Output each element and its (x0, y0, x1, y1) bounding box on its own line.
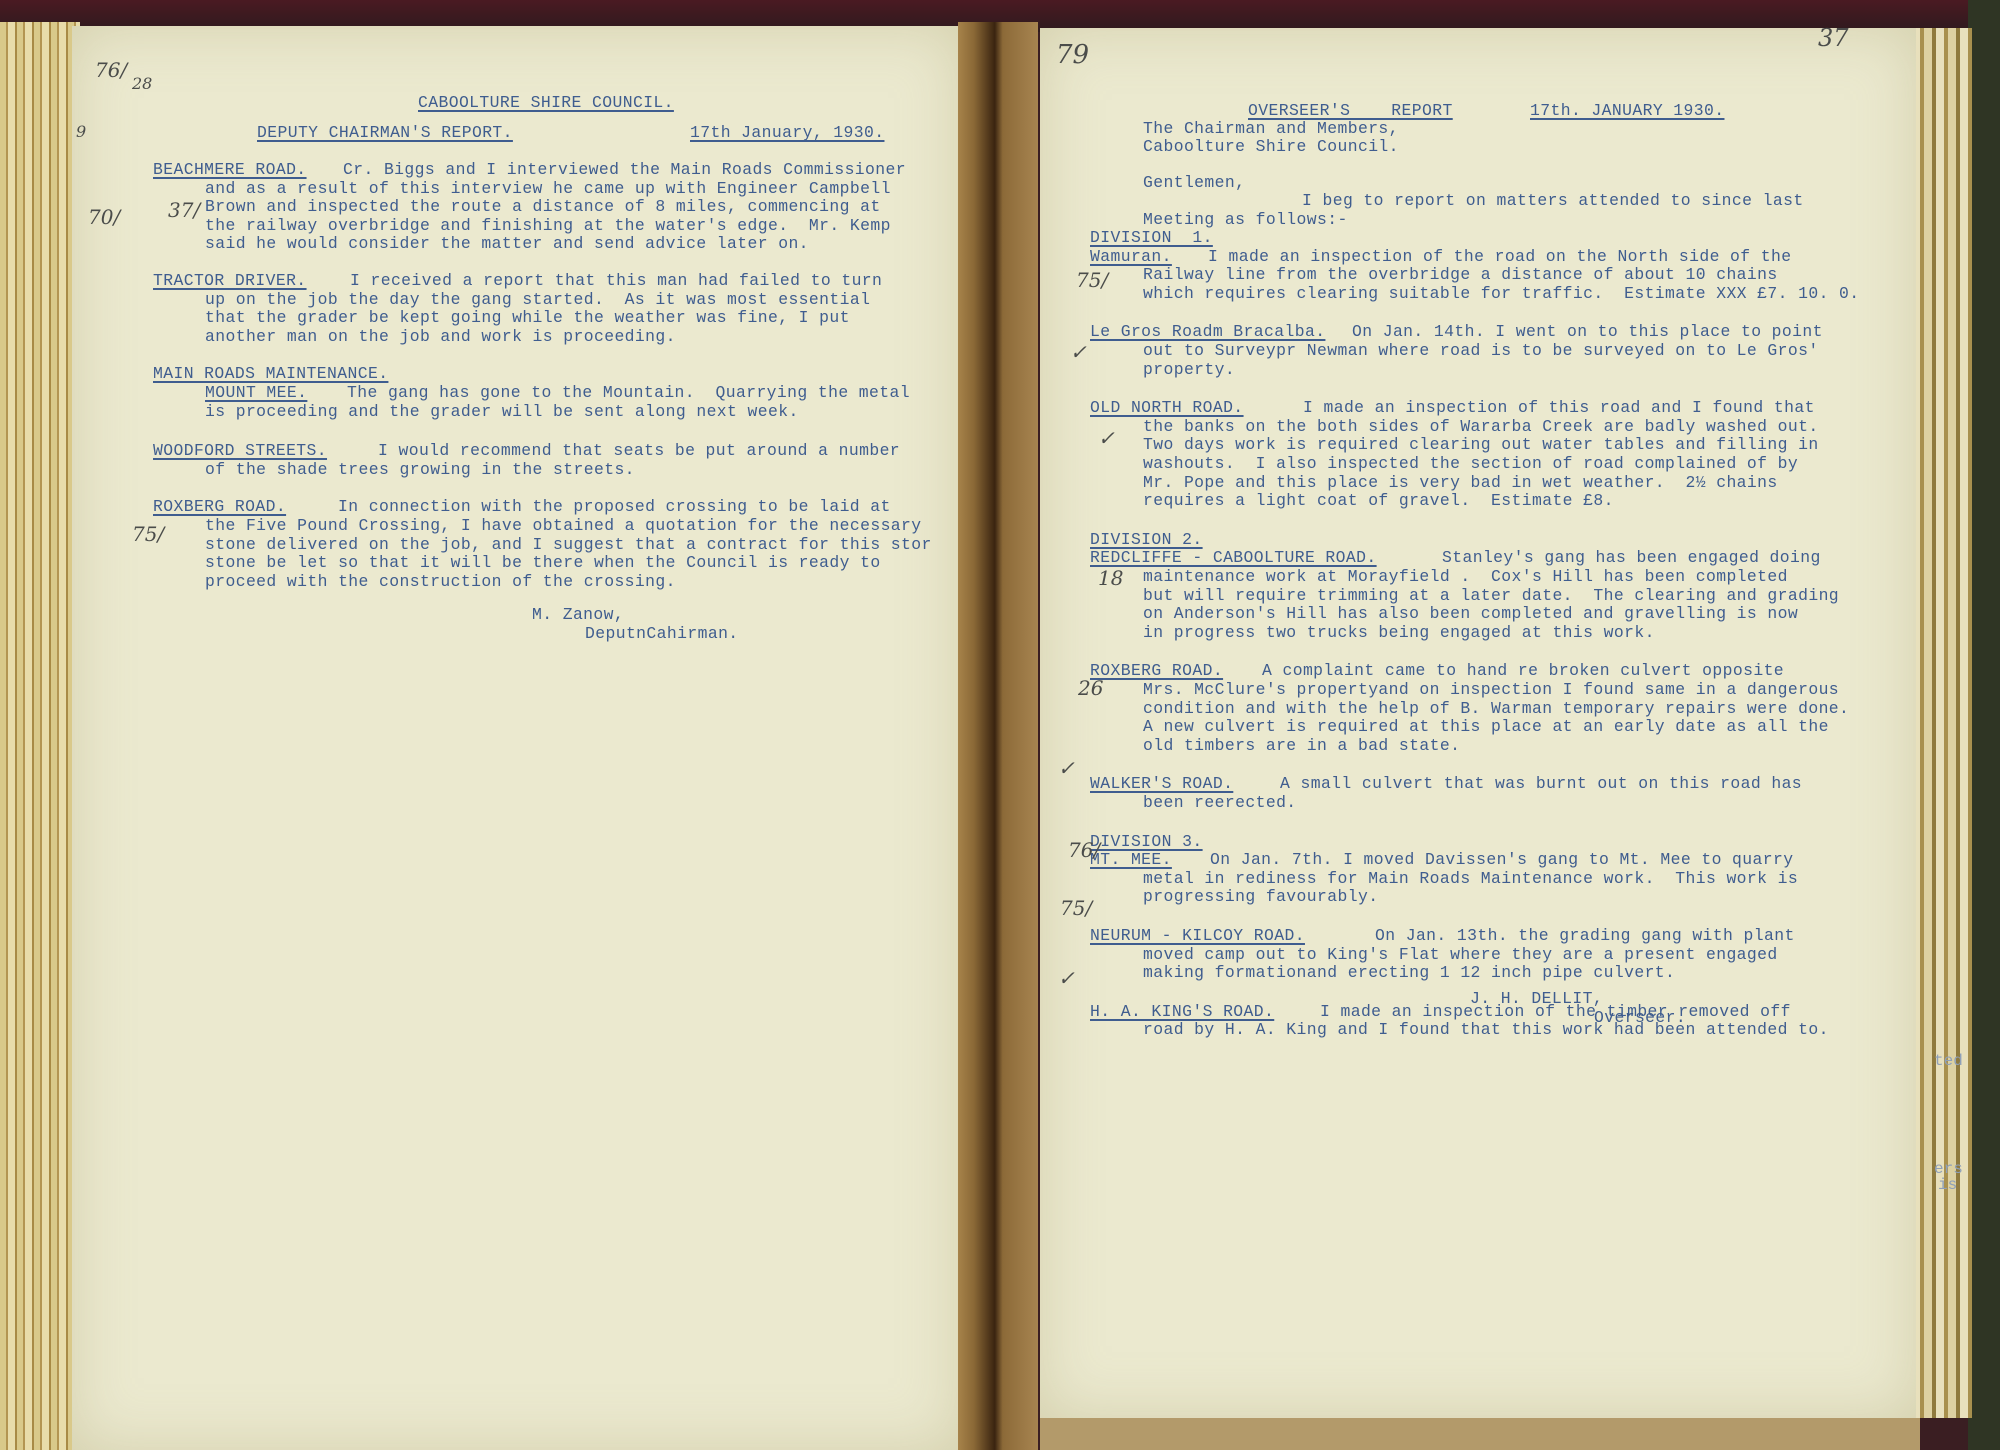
section-lead-text: Stanley's gang has been engaged doing (1442, 549, 1821, 568)
division-heading: DIVISION 1. (1090, 229, 1213, 248)
section-heading: MAIN ROADS MAINTENANCE. (153, 365, 388, 384)
section-lead-text: I made an inspection of this road and I … (1303, 399, 1815, 418)
section-body-line: Mrs. McClure's propertyand on inspection… (1143, 681, 1839, 700)
section-lead-text: I made an inspection of the road on the … (1208, 248, 1791, 267)
section-heading: OLD NORTH ROAD. (1090, 399, 1244, 418)
section-body-line: out to Surveypr Newman where road is to … (1143, 342, 1819, 361)
deputy-report-date: 17th January, 1930. (690, 124, 884, 143)
section-body-line: is proceeding and the grader will be sen… (205, 403, 799, 422)
section-body-line: the Five Pound Crossing, I have obtained… (205, 517, 922, 536)
section-body-line: Railway line from the overbridge a dista… (1143, 266, 1778, 285)
margin-note-75: 75/ (132, 522, 164, 546)
section-body-line: road by H. A. King and I found that this… (1143, 1021, 1829, 1040)
section-body-line: which requires clearing suitable for tra… (1143, 285, 1860, 304)
intro-line-1: I beg to report on matters attended to s… (1302, 192, 1804, 211)
section-body-line: and as a result of this interview he cam… (205, 180, 891, 199)
section-heading: ROXBERG ROAD. (1090, 662, 1223, 681)
backing-sheet (1040, 1418, 1920, 1450)
greeting: Gentlemen, (1143, 174, 1245, 193)
margin-note-76: 76/ (1068, 838, 1100, 862)
section-lead-text: On Jan. 14th. I went on to this place to… (1352, 323, 1823, 342)
section-body-line: on Anderson's Hill has also been complet… (1143, 605, 1798, 624)
check-mark-legros: ✓ (1070, 340, 1087, 364)
section-body-line: in progress two trucks being engaged at … (1143, 624, 1655, 643)
check-mark-old-north: ✓ (1098, 426, 1115, 450)
section-body-line: the railway overbridge and finishing at … (205, 217, 891, 236)
open-ledger-book: CABOOLTURE SHIRE COUNCIL. DEPUTY CHAIRMA… (0, 0, 2000, 1450)
section-body-line: that the grader be kept going while the … (205, 309, 850, 328)
section-body-line: said he would consider the matter and se… (205, 235, 809, 254)
margin-note-18: 18 (1098, 566, 1123, 590)
section-body-line: another man on the job and work is proce… (205, 328, 676, 347)
section-lead-text: In connection with the proposed crossing… (338, 498, 891, 517)
margin-note-37: 37/ (168, 198, 200, 222)
section-body-line: but will require trimming at a later dat… (1143, 587, 1839, 606)
section-heading: REDCLIFFE - CABOOLTURE ROAD. (1090, 549, 1377, 568)
section-body-line: stone delivered on the job, and I sugges… (205, 536, 932, 555)
section-body-line: Brown and inspected the route a distance… (205, 198, 881, 217)
section-body-line: making formationand erecting 1 12 inch p… (1143, 964, 1675, 983)
section-body-line: the banks on the both sides of Wararba C… (1143, 418, 1819, 437)
section-body-line: A new culvert is required at this place … (1143, 718, 1829, 737)
addressee-line-2: Caboolture Shire Council. (1143, 138, 1399, 157)
right-page-stack (1912, 28, 1972, 1418)
section-body-line: stone be let so that it will be there wh… (205, 554, 881, 573)
section-body-line: Two days work is required clearing out w… (1143, 436, 1819, 455)
book-gutter (958, 22, 1038, 1450)
margin-note-70: 70/ (88, 205, 120, 229)
section-heading: H. A. KING'S ROAD. (1090, 1003, 1274, 1022)
section-body-line: Mr. Pope and this place is very bad in w… (1143, 474, 1778, 493)
section-lead-text: I received a report that this man had fa… (350, 272, 882, 291)
division-heading: DIVISION 3. (1090, 833, 1203, 852)
section-body-line: old timbers are in a bad state. (1143, 737, 1460, 756)
section-heading: WOODFORD STREETS. (153, 442, 327, 461)
section-body-line: property. (1143, 361, 1235, 380)
section-body-line: progressing favourably. (1143, 888, 1378, 907)
section-body-line: proceed with the construction of the cro… (205, 573, 676, 592)
overseer-signature-title: Overseer. (1594, 1009, 1686, 1028)
section-lead-text: A small culvert that was burnt out on th… (1280, 775, 1802, 794)
deputy-signature-name: M. Zanow, (532, 606, 624, 625)
book-cover-right (1968, 0, 2000, 1450)
division-heading: DIVISION 2. (1090, 531, 1203, 550)
section-heading: Wamuran. (1090, 248, 1172, 267)
edge-fragment-3: is (1938, 1176, 1957, 1194)
section-lead-text: On Jan. 13th. the grading gang with plan… (1375, 927, 1795, 946)
check-mark-walkers: ✓ (1058, 756, 1075, 780)
section-heading: NEURUM - KILCOY ROAD. (1090, 927, 1305, 946)
section-body-line: maintenance work at Morayfield . Cox's H… (1143, 568, 1788, 587)
section-body-line: condition and with the help of B. Warman… (1143, 700, 1849, 719)
section-heading: TRACTOR DRIVER. (153, 272, 307, 291)
edge-fragment-1: ted (1934, 1052, 1963, 1070)
overseer-signature-name: J. H. DELLIT, (1470, 990, 1603, 1009)
council-title: CABOOLTURE SHIRE COUNCIL. (418, 94, 674, 113)
margin-note-28: 28 (132, 74, 152, 93)
margin-note-75-right: 75/ (1076, 268, 1108, 292)
section-lead-text: The gang has gone to the Mountain. Quarr… (347, 384, 910, 403)
margin-note-folio-left: 76/ (95, 58, 127, 82)
section-heading: WALKER'S ROAD. (1090, 775, 1233, 794)
section-lead-text: Cr. Biggs and I interviewed the Main Roa… (343, 161, 906, 180)
intro-line-2: Meeting as follows:- (1143, 211, 1348, 230)
section-body-line: requires a light coat of gravel. Estimat… (1143, 492, 1614, 511)
section-lead-text: On Jan. 7th. I moved Davissen's gang to … (1210, 851, 1793, 870)
section-body-line: of the shade trees growing in the street… (205, 461, 635, 480)
section-body-line: metal in rediness for Main Roads Mainten… (1143, 870, 1798, 889)
page-number: 37 (1818, 24, 1849, 52)
section-heading: Le Gros Roadm Bracalba. (1090, 323, 1325, 342)
section-heading: BEACHMERE ROAD. (153, 161, 307, 180)
section-lead-text: A complaint came to hand re broken culve… (1262, 662, 1784, 681)
folio-note-right: 79 (1056, 40, 1089, 70)
section-subheading: MOUNT MEE. (205, 384, 307, 403)
check-mark-kings: ✓ (1058, 966, 1075, 990)
margin-note-26: 26 (1078, 676, 1103, 700)
margin-note-75-neurum: 75/ (1060, 896, 1092, 920)
section-body-line: up on the job the day the gang started. … (205, 291, 870, 310)
section-heading: MT. MEE. (1090, 851, 1172, 870)
addressee-line-1: The Chairman and Members, (1143, 120, 1399, 139)
section-body-line: been reerected. (1143, 794, 1297, 813)
overseer-report-date: 17th. JANUARY 1930. (1530, 102, 1724, 121)
section-heading: ROXBERG ROAD. (153, 498, 286, 517)
section-body-line: moved camp out to King's Flat where they… (1143, 946, 1778, 965)
deputy-report-title: DEPUTY CHAIRMAN'S REPORT. (257, 124, 513, 143)
overseer-report-title: OVERSEER'S REPORT (1248, 102, 1453, 121)
deputy-signature-title: DeputnCahirman. (585, 625, 739, 644)
margin-note-9: 9 (76, 122, 86, 141)
section-lead-text: I would recommend that seats be put arou… (378, 442, 900, 461)
section-body-line: washouts. I also inspected the section o… (1143, 455, 1798, 474)
left-page-stack (0, 22, 80, 1450)
